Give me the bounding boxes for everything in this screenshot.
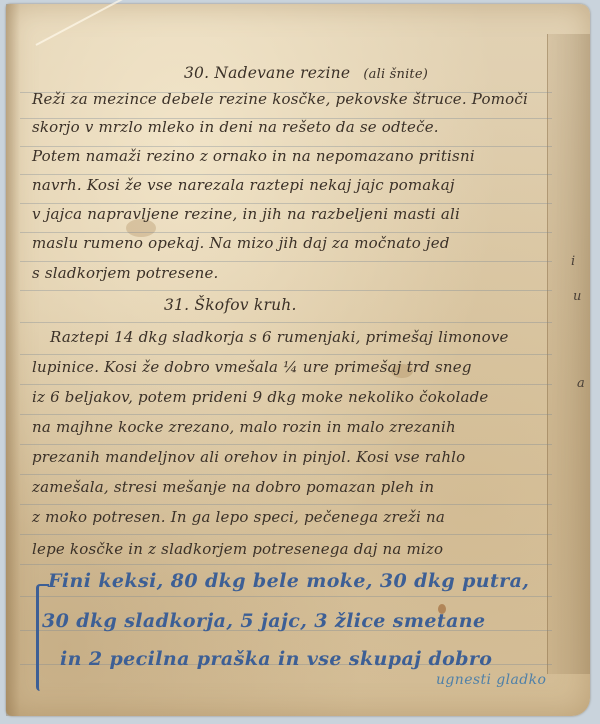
- recipe-31-line: iz 6 beljakov, potem prideni 9 dkg moke …: [32, 388, 488, 406]
- recipe-31-line: lupinice. Kosi že dobro vmešala ¼ ure pr…: [32, 358, 472, 376]
- blue-ink-bracket: [36, 584, 49, 691]
- ruled-line: [20, 174, 552, 175]
- ruled-line: [20, 354, 552, 355]
- blue-note-line: Fini keksi, 80 dkg bele moke, 30 dkg put…: [48, 570, 529, 592]
- recipe-30-line: Reži za mezince debele rezine kosčke, pe…: [32, 90, 528, 108]
- ruled-line: [20, 384, 552, 385]
- recipe-31-title: 31. Škofov kruh.: [164, 296, 297, 314]
- recipe-31-line: Raztepi 14 dkg sladkorja s 6 rumenjaki, …: [50, 328, 509, 346]
- recipe-30-line: Potem namaži rezino z ornako in na nepom…: [32, 147, 475, 165]
- blue-note-line: 30 dkg sladkorja, 5 jajc, 3 žlice smetan…: [42, 610, 485, 632]
- recipe-30-line: skorjo v mrzlo mleko in deni na rešeto d…: [32, 118, 439, 136]
- recipe-30-line: navrh. Kosi že vse narezala raztepi neka…: [32, 176, 455, 194]
- ruled-line: [20, 474, 552, 475]
- notebook-page: 30. Nadevane rezine (ali šnite) Reži za …: [6, 4, 590, 716]
- margin-mark: u: [573, 289, 581, 304]
- recipe-31-line: z moko potresen. In ga lepo speci, pečen…: [32, 508, 445, 526]
- paper-fold-crease: [36, 0, 178, 46]
- recipe-30-line: v jajca napravljene rezine, in jih na ra…: [32, 205, 460, 223]
- margin-mark: i: [571, 254, 575, 269]
- worn-left-edge: [6, 4, 20, 716]
- ruled-line: [20, 534, 552, 535]
- worn-right-edge: [547, 34, 590, 674]
- ruled-line: [20, 290, 552, 291]
- recipe-31-line: lepe kosčke in z sladkorjem potresenega …: [32, 540, 443, 558]
- ruled-line: [20, 564, 552, 565]
- recipe-31-line: zamešala, stresi mešanje na dobro pomaza…: [32, 478, 434, 496]
- recipe-30-title: 30. Nadevane rezine (ali šnite): [184, 64, 428, 82]
- ruled-line: [20, 414, 552, 415]
- recipe-31-line: prezanih mandeljnov ali orehov in pinjol…: [32, 448, 465, 466]
- ruled-line: [20, 203, 552, 204]
- recipe-title-note: (ali šnite): [363, 67, 428, 82]
- blue-note-trailing: ugnesti gladko: [436, 672, 546, 688]
- ruled-line: [20, 261, 552, 262]
- recipe-30-line: s sladkorjem potresene.: [32, 264, 219, 282]
- ruled-line: [20, 232, 552, 233]
- ruled-line: [20, 504, 552, 505]
- recipe-title-text: 30. Nadevane rezine: [184, 64, 350, 82]
- recipe-30-line: maslu rumeno opekaj. Na mizo jih daj za …: [32, 234, 450, 252]
- recipe-31-line: na majhne kocke zrezano, malo rozin in m…: [32, 418, 456, 436]
- margin-mark: a: [577, 376, 585, 391]
- ruled-line: [20, 322, 552, 323]
- blue-note-line: in 2 pecilna praška in vse skupaj dobro: [60, 648, 492, 670]
- ruled-line: [20, 444, 552, 445]
- ruled-line: [20, 596, 552, 597]
